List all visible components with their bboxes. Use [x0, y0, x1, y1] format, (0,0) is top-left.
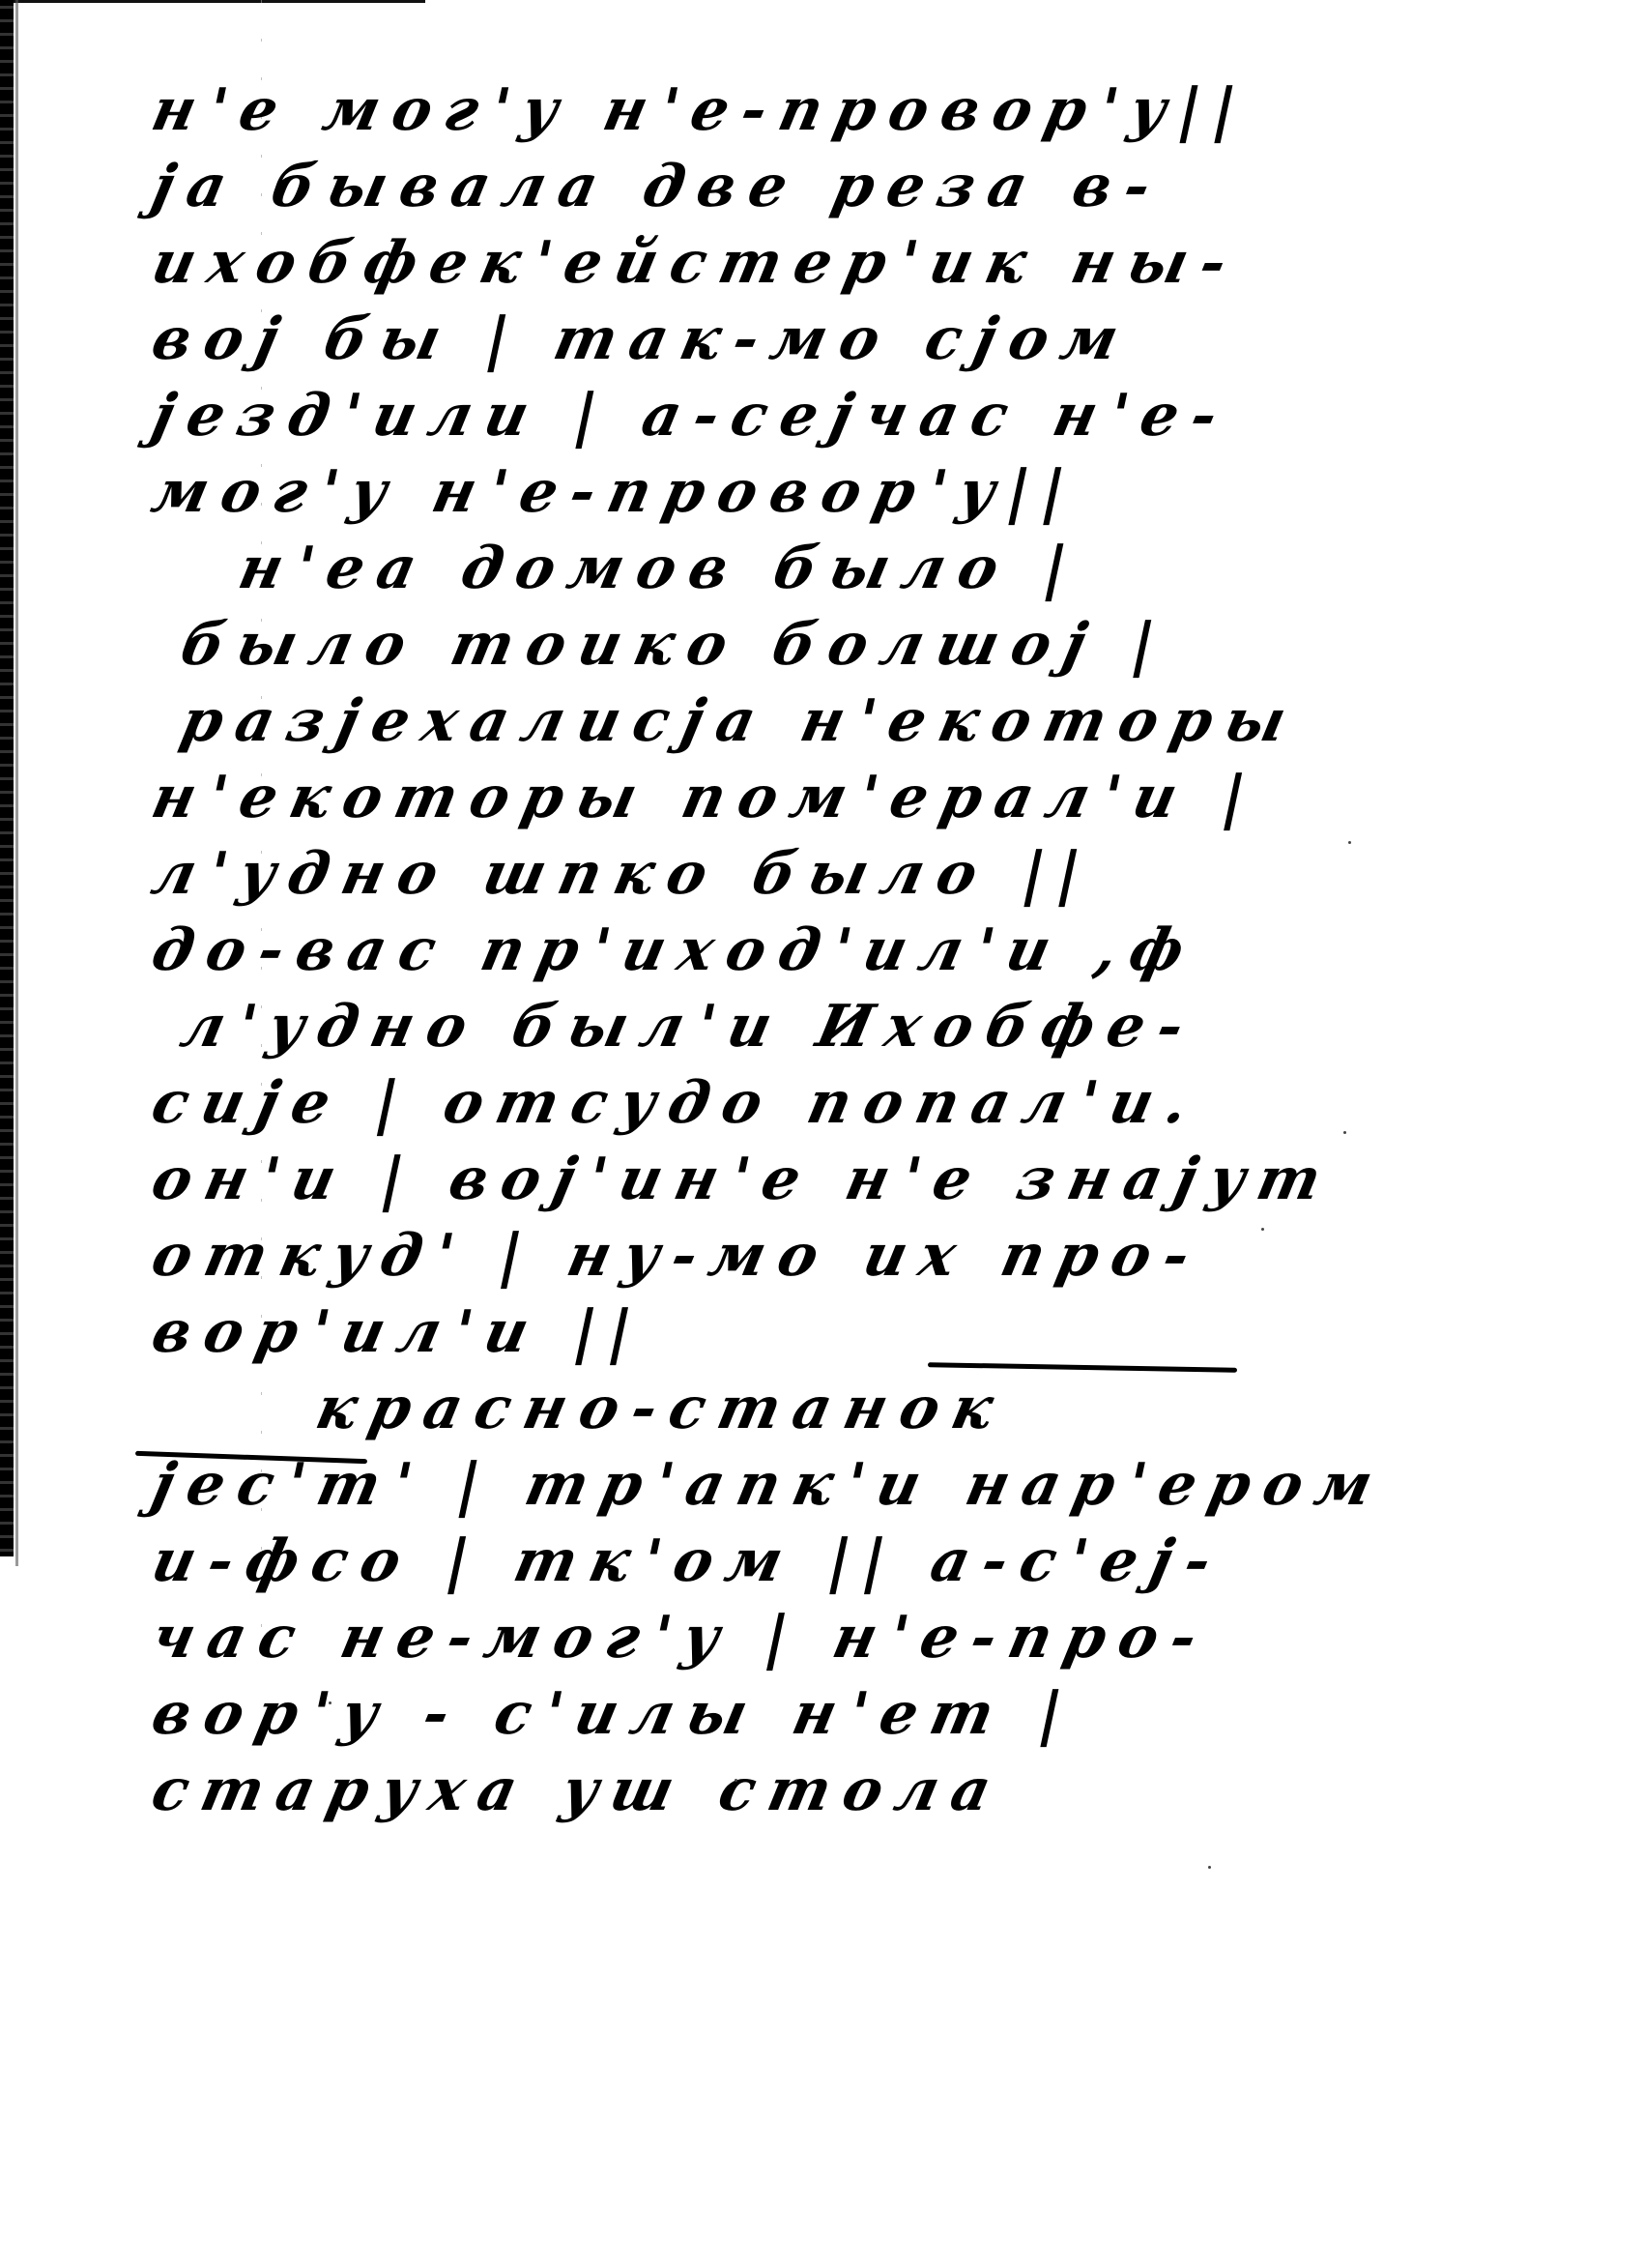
text-line: сије | отсудо попал'и.: [145, 1065, 1302, 1142]
text-line: језд'или | а-сејчас н'е-: [145, 378, 1302, 454]
scanned-page: н'е мог'у н'е-провор'у|| ја бывала две р…: [0, 0, 1643, 2268]
text-line: разјехалисја н'екоторы: [145, 683, 1302, 760]
text-line: и-фсо | тк'ом || а-с'еј-: [145, 1524, 1302, 1600]
text-line: л'удно был'и Ихобфе-: [145, 989, 1302, 1065]
text-line: он'и | вој'ин'е н'е знајут: [145, 1142, 1302, 1218]
scan-speck: [1343, 1131, 1346, 1134]
binding-edge-shadow: [0, 0, 14, 1556]
text-line: н'еа домов было |: [145, 531, 1302, 607]
scan-speck: [735, 1779, 737, 1782]
text-line: ихобфек'ейстер'ик ны-: [145, 225, 1302, 302]
scan-speck: [1261, 1228, 1264, 1231]
text-line: вој бы | так-мо сјом: [145, 302, 1302, 378]
text-line: мог'у н'е-провор'у||: [145, 454, 1302, 531]
text-line: до-вас пр'иход'ил'и ,ф: [145, 913, 1302, 989]
scan-speck: [1208, 1866, 1211, 1869]
top-edge-rule: [0, 0, 425, 3]
text-line: вор'ил'и ||: [145, 1294, 1302, 1371]
text-line: красно-станок: [145, 1371, 1302, 1447]
text-line: было тоико болшој |: [145, 607, 1302, 683]
scan-speck: [1348, 841, 1351, 844]
text-line: л'удно шпко было ||: [145, 836, 1302, 913]
binding-edge-line: [15, 0, 18, 1566]
text-line: н'е мог'у н'е-провор'у||: [145, 73, 1302, 149]
text-line: старуха уш стола: [145, 1753, 1302, 1829]
handwritten-text-block: н'е мог'у н'е-провор'у|| ја бывала две р…: [145, 73, 1285, 1829]
text-line: н'екоторы пом'ерал'и |: [145, 760, 1302, 836]
text-line: час не-мог'у | н'е-про-: [145, 1600, 1302, 1676]
scan-speck: [329, 1701, 331, 1704]
text-line: вор'у - с'илы н'ет |: [145, 1676, 1302, 1753]
text-line: ја бывала две реза в-: [145, 149, 1302, 225]
text-line: откуд' | ну-мо их про-: [145, 1218, 1302, 1294]
